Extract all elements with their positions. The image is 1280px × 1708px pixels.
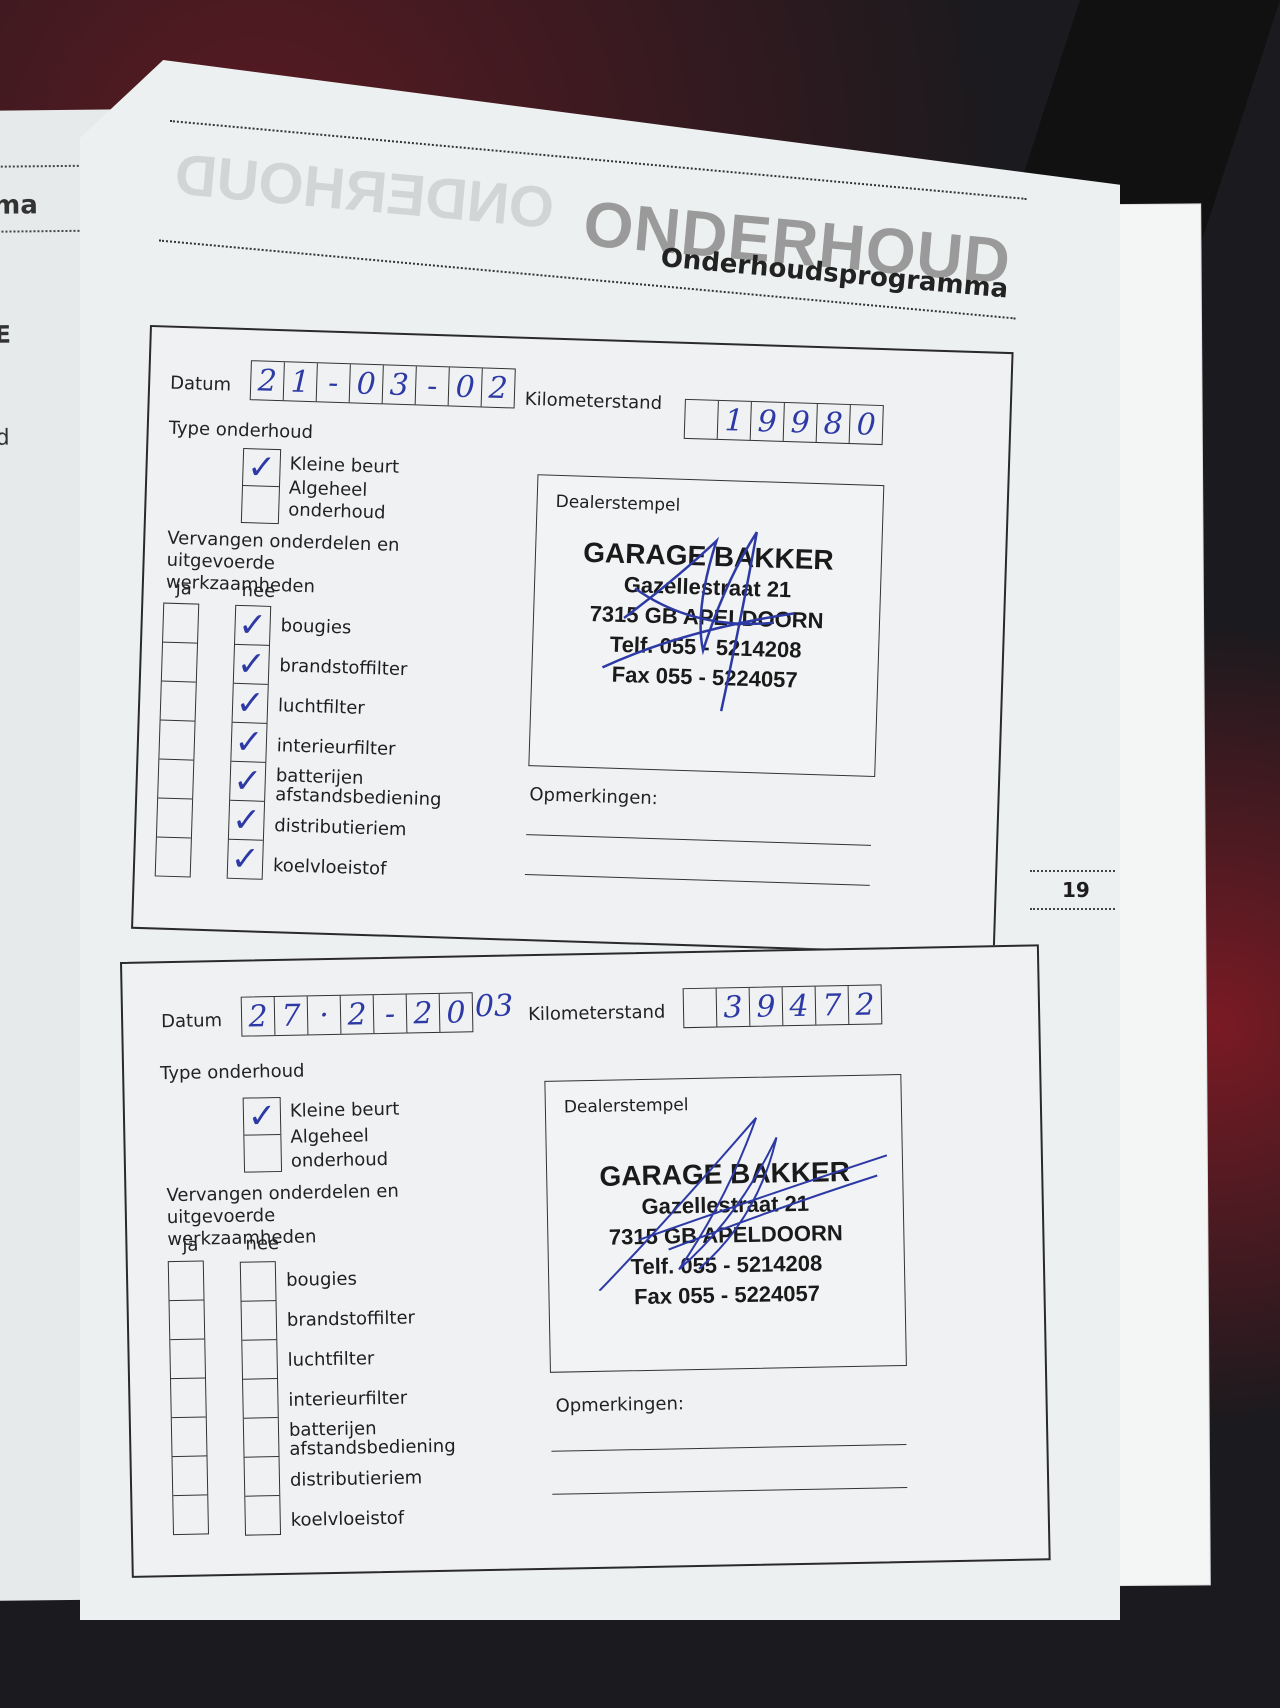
parts-heading: Vervangen onderdelen en uitgevoerde werk… (166, 528, 408, 602)
datum-digit: - (416, 366, 450, 405)
stamp-fax: Fax 055 - 5224057 (549, 1277, 905, 1314)
dealer-stamp-box: Dealerstempel GARAGE BAKKER Gazellestraa… (528, 474, 884, 777)
datum-digit: 2 (482, 368, 515, 407)
dealer-stamp-label: Dealerstempel (555, 492, 680, 516)
dealer-stamp-box: Dealerstempel GARAGE BAKKER Gazellestraa… (544, 1074, 907, 1373)
type-option-algeheel: Algeheel onderhoud (290, 1123, 411, 1173)
km-digit: 9 (750, 987, 784, 1026)
type-checkboxes[interactable]: ✓ (241, 448, 281, 524)
km-digit: 3 (717, 988, 751, 1027)
checkbox-checked[interactable]: ✓ (244, 1098, 281, 1136)
col-nee-label: nee (245, 1233, 279, 1255)
page-number-text: 19 (1062, 878, 1090, 902)
remarks-label: Opmerkingen: (555, 1393, 684, 1416)
remarks-line[interactable] (526, 834, 871, 846)
page-number: 19 (1030, 870, 1120, 910)
datum-digit: 1 (284, 362, 318, 401)
part-label: luchtfilter (287, 1337, 488, 1381)
remarks-label: Opmerkingen: (529, 784, 658, 809)
checkbox[interactable] (242, 486, 279, 523)
ja-checkbox[interactable] (158, 760, 193, 800)
type-option-algeheel: Algeheel onderhoud (288, 477, 409, 525)
datum-field[interactable]: 21-03-02 (250, 360, 516, 408)
ja-checkbox[interactable] (162, 643, 197, 683)
type-option-kleine-beurt: Kleine beurt (289, 453, 399, 477)
nee-checkbox[interactable] (245, 1496, 280, 1535)
parts-list: bougiesbrandstoffilterluchtfilterinterie… (286, 1257, 491, 1541)
remarks-line[interactable] (551, 1444, 906, 1452)
nee-column[interactable]: ✓✓✓✓✓✓✓ (227, 605, 272, 880)
left-page-fragment: d (0, 426, 10, 451)
km-digit: 0 (850, 405, 883, 444)
km-digit: 9 (751, 402, 785, 441)
ja-checkbox[interactable] (173, 1495, 208, 1534)
nee-checkbox[interactable]: ✓ (234, 645, 269, 685)
part-label: distributieriem (274, 806, 475, 852)
kilometerstand-field[interactable]: 19980 (684, 399, 884, 445)
datum-digit: 2 (251, 361, 285, 400)
datum-label: Datum (170, 373, 232, 396)
nee-column[interactable] (240, 1261, 281, 1536)
parts-list: bougiesbrandstoffilterluchtfilterinterie… (272, 606, 481, 892)
km-digit: 4 (783, 987, 817, 1026)
nee-checkbox[interactable] (243, 1379, 278, 1419)
ja-checkbox[interactable] (161, 682, 196, 722)
left-page-fragment: E (0, 321, 11, 349)
datum-digit: 0 (449, 367, 483, 406)
datum-overflow: 03 (475, 988, 514, 1024)
nee-checkbox[interactable] (242, 1301, 277, 1341)
kilometerstand-field[interactable]: 39472 (683, 984, 883, 1028)
remarks-line[interactable] (552, 1487, 907, 1495)
ja-checkbox[interactable] (170, 1300, 205, 1340)
kilometerstand-label: Kilometerstand (528, 1002, 666, 1026)
part-label: luchtfilter (277, 686, 478, 732)
nee-checkbox[interactable] (244, 1418, 279, 1458)
ja-column[interactable] (168, 1260, 209, 1535)
datum-digit: 2 (407, 994, 441, 1033)
nee-checkbox[interactable] (242, 1340, 277, 1380)
bleed-through-text: ONDERHOUD (172, 141, 557, 242)
nee-checkbox[interactable] (241, 1262, 276, 1302)
ja-checkbox[interactable] (169, 1261, 204, 1301)
part-label: brandstoffilter (287, 1297, 488, 1341)
datum-digit: · (308, 996, 342, 1035)
km-digit: 2 (849, 985, 882, 1024)
nee-checkbox[interactable]: ✓ (228, 840, 263, 879)
km-digit (685, 400, 719, 439)
maintenance-form-1: Datum 21-03-02 Kilometerstand 19980 Type… (131, 325, 1014, 956)
ja-checkbox[interactable] (159, 721, 194, 761)
ja-checkbox[interactable] (173, 1456, 208, 1496)
type-option-kleine-beurt: Kleine beurt (290, 1099, 400, 1122)
km-digit: 8 (817, 404, 851, 443)
nee-checkbox[interactable]: ✓ (231, 723, 266, 763)
remarks-line[interactable] (525, 874, 870, 886)
datum-digit: 2 (341, 995, 375, 1034)
part-label: koelvloeistof (290, 1497, 491, 1541)
datum-digit: - (374, 995, 408, 1034)
nee-checkbox[interactable]: ✓ (235, 606, 270, 646)
dealer-stamp-label: Dealerstempel (564, 1095, 689, 1117)
kilometerstand-label: Kilometerstand (525, 389, 663, 414)
type-onderhoud-label: Type onderhoud (168, 418, 313, 444)
part-label: batterijen afstandsbediening (289, 1417, 490, 1461)
part-label: brandstoffilter (279, 646, 480, 692)
km-digit: 9 (784, 403, 818, 442)
nee-checkbox[interactable] (245, 1457, 280, 1497)
col-ja-label: ja (175, 578, 192, 599)
part-label: batterijen afstandsbediening (275, 766, 476, 812)
part-label: distributieriem (290, 1457, 491, 1501)
datum-digit: - (317, 363, 351, 402)
maintenance-form-2: Datum 27·2-20 03 Kilometerstand 39472 Ty… (120, 944, 1051, 1578)
type-onderhoud-label: Type onderhoud (160, 1060, 305, 1084)
dotted-rule (1030, 908, 1115, 910)
km-digit (684, 989, 718, 1028)
dealer-stamp: GARAGE BAKKER Gazellestraat 21 7315 GB A… (532, 535, 882, 698)
dotted-rule (1030, 870, 1115, 872)
datum-digit: 7 (275, 996, 309, 1035)
part-label: koelvloeistof (272, 846, 473, 892)
datum-digit: 0 (440, 993, 473, 1032)
type-checkboxes[interactable]: ✓ (243, 1097, 282, 1173)
datum-field[interactable]: 27·2-20 (241, 992, 474, 1036)
part-label: bougies (286, 1257, 487, 1301)
nee-checkbox[interactable]: ✓ (233, 684, 268, 724)
checkbox-checked[interactable]: ✓ (243, 449, 280, 487)
datum-digit: 2 (242, 997, 276, 1036)
ja-checkbox[interactable] (157, 798, 192, 838)
km-digit: 7 (816, 986, 850, 1025)
parts-heading: Vervangen onderdelen en uitgevoerde werk… (166, 1181, 407, 1252)
ja-checkbox[interactable] (156, 837, 191, 876)
col-nee-label: nee (241, 580, 275, 602)
stamp-name: GARAGE BAKKER (547, 1155, 903, 1194)
ja-checkbox[interactable] (171, 1378, 206, 1418)
nee-checkbox[interactable]: ✓ (229, 801, 264, 841)
col-ja-label: ja (182, 1235, 198, 1256)
km-digit: 1 (718, 401, 752, 440)
datum-digit: 0 (350, 364, 384, 403)
datum-digit: 3 (383, 365, 417, 404)
left-page-fragment: ma (0, 190, 38, 220)
ja-checkbox[interactable] (170, 1339, 205, 1379)
ja-checkbox[interactable] (172, 1417, 207, 1457)
ja-checkbox[interactable] (163, 604, 198, 644)
part-label: interieurfilter (288, 1377, 489, 1421)
datum-label: Datum (161, 1010, 222, 1032)
ja-column[interactable] (155, 603, 200, 878)
dealer-stamp: GARAGE BAKKER Gazellestraat 21 7315 GB A… (547, 1155, 905, 1314)
nee-checkbox[interactable]: ✓ (230, 762, 265, 802)
checkbox[interactable] (244, 1135, 281, 1172)
part-label: bougies (280, 606, 481, 652)
